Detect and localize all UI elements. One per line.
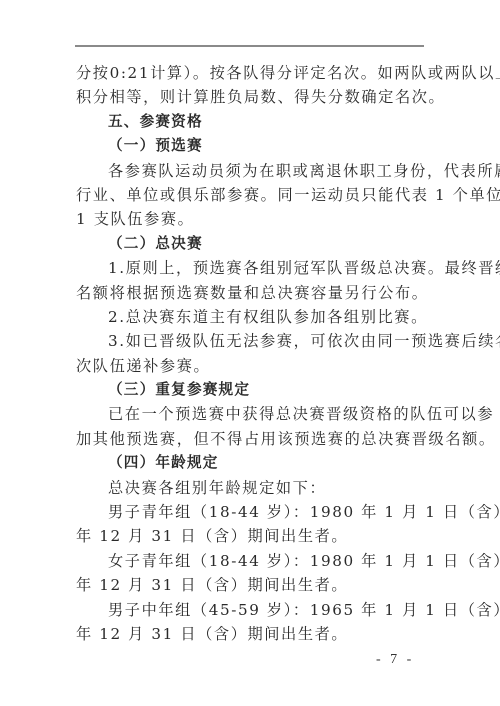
text-line: 已在一个预选赛中获得总决赛晋级资格的队伍可以参 bbox=[76, 402, 426, 426]
document-body: 分按0:21计算）。按各队得分评定名次。如两队或两队以上 积分相等，则计算胜负局… bbox=[76, 61, 426, 646]
section-heading: 五、参赛资格 bbox=[76, 110, 426, 134]
text-line: 1.原则上，预选赛各组别冠军队晋级总决赛。最终晋级 bbox=[76, 256, 426, 280]
subsection-heading: （三）重复参赛规定 bbox=[76, 378, 426, 402]
text-line: 加其他预选赛，但不得占用该预选赛的总决赛晋级名额。 bbox=[76, 427, 426, 451]
text-line: 年 12 月 31 日（含）期间出生者。 bbox=[76, 573, 426, 597]
text-line: 年 12 月 31 日（含）期间出生者。 bbox=[76, 524, 426, 548]
text-line: 总决赛各组别年龄规定如下： bbox=[76, 476, 426, 500]
text-line: 积分相等，则计算胜负局数、得失分数确定名次。 bbox=[76, 85, 426, 109]
text-line: 3.如已晋级队伍无法参赛，可依次由同一预选赛后续名 bbox=[76, 329, 426, 353]
subsection-heading: （一）预选赛 bbox=[76, 134, 426, 158]
header-rule bbox=[75, 45, 424, 47]
text-line: 名额将根据预选赛数量和总决赛容量另行公布。 bbox=[76, 281, 426, 305]
subsection-heading: （二）总决赛 bbox=[76, 232, 426, 256]
text-line: 女子青年组（18-44 岁）：1980 年 1 月 1 日（含）至 2006 bbox=[76, 549, 426, 573]
text-line: 男子中年组（45-59 岁）：1965 年 1 月 1 日（含）至 1979 bbox=[76, 598, 426, 622]
page-number: - 7 - bbox=[376, 652, 414, 668]
text-line: 2.总决赛东道主有权组队参加各组别比赛。 bbox=[76, 305, 426, 329]
text-line: 行业、单位或俱乐部参赛。同一运动员只能代表 1 个单位、 bbox=[76, 183, 426, 207]
subsection-heading: （四）年龄规定 bbox=[76, 451, 426, 475]
text-line: 各参赛队运动员须为在职或离退休职工身份，代表所属 bbox=[76, 159, 426, 183]
text-line: 次队伍递补参赛。 bbox=[76, 354, 426, 378]
text-line: 年 12 月 31 日（含）期间出生者。 bbox=[76, 622, 426, 646]
text-line: 分按0:21计算）。按各队得分评定名次。如两队或两队以上 bbox=[76, 61, 426, 85]
text-line: 1 支队伍参赛。 bbox=[76, 207, 426, 231]
text-line: 男子青年组（18-44 岁）：1980 年 1 月 1 日（含）至 2006 bbox=[76, 500, 426, 524]
